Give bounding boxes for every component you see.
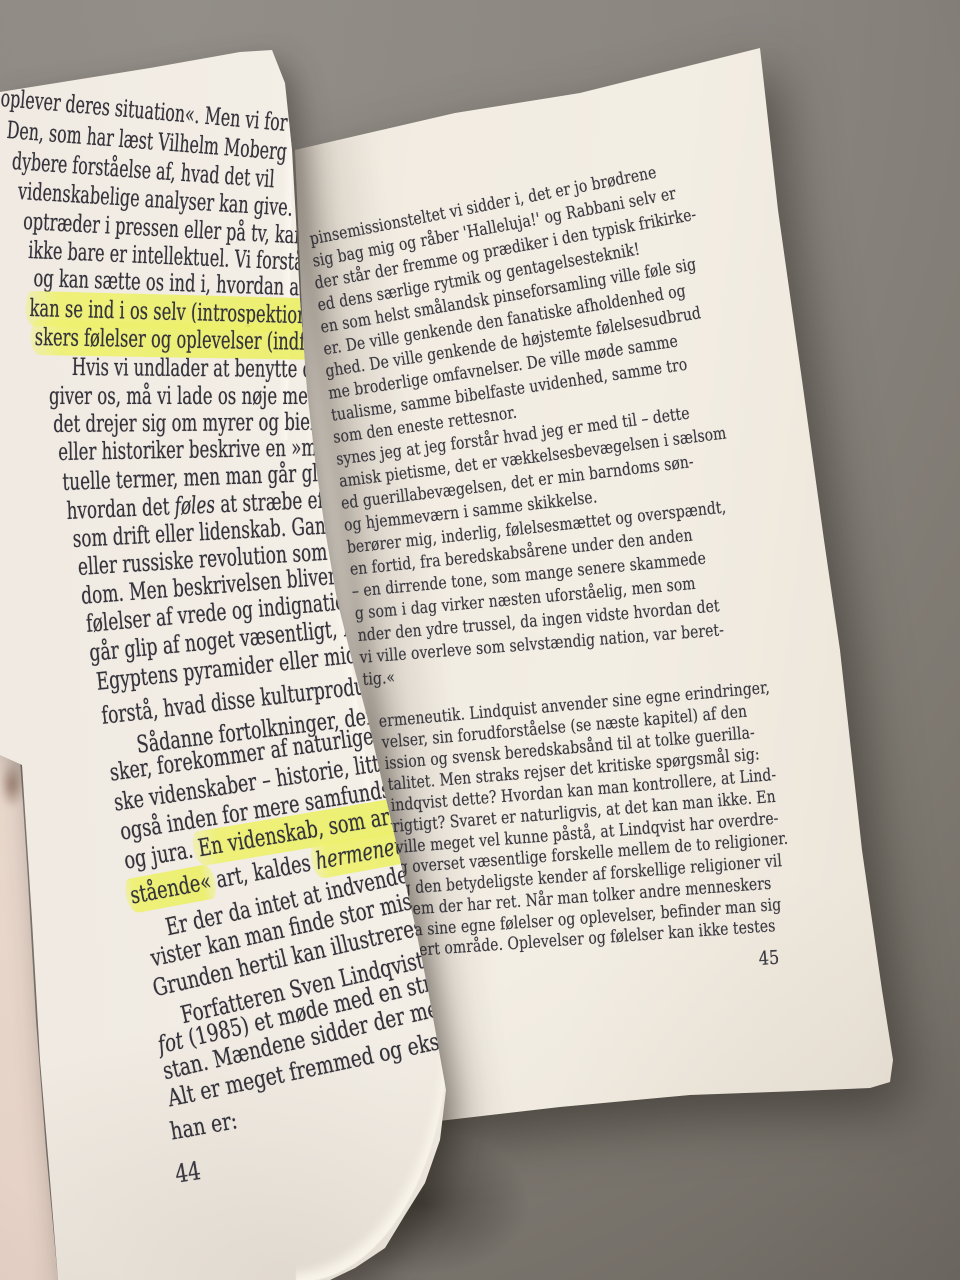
text-segment: Hvis vi undlader at benytte den [72,353,334,383]
left-page-line-13: eller historiker beskrive en »magtkam [58,432,380,466]
left-page-wrap: oplever deres situation«. Men vi forDen,… [0,0,960,1280]
text-segment: giver os, må vi lade os nøje med den [49,382,355,410]
left-page-line-10: Hvis vi undlader at benytte den [72,353,334,383]
left-page-line-11: giver os, må vi lade os nøje med den [49,382,355,410]
text-segment: han er: [168,1106,239,1145]
left-page-number: 44 [173,1156,203,1189]
left-page-line-36: han er: [168,1106,239,1145]
left-page-line-9: skers følelser og oplevelser (indføling [35,323,347,356]
photo-open-book: pinsemissionsteltet vi sidder i, det er … [0,0,960,1280]
text-segment: eller historiker beskrive en »magtkam [58,432,380,466]
text-segment: føles [174,491,215,521]
left-page-curled: oplever deres situation«. Men vi forDen,… [0,0,960,1280]
